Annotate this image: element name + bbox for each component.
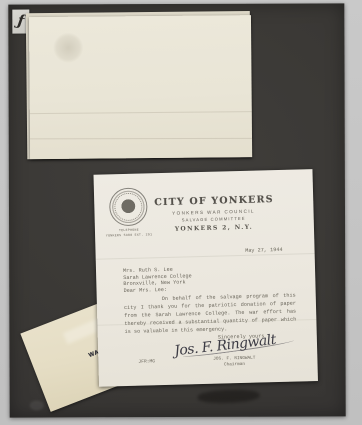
signer-block: JOS. F. RINGWALT Chairman [208, 355, 260, 368]
envelope-crease [30, 138, 252, 139]
blank-envelope [29, 15, 252, 159]
seal-caption: TELEPHONE YONKERS 5300 EXT. 291 [97, 227, 161, 238]
album-page: ƒ F —— YON WAR SALVA TELEPHONE YONKERS 5… [8, 3, 345, 417]
scanned-scrapbook-image: ƒ F —— YON WAR SALVA TELEPHONE YONKERS 5… [0, 0, 362, 425]
embossed-watermark [53, 33, 83, 63]
letterhead-subtitle2: SALVAGE COMMITTEE [155, 215, 273, 223]
city-seal-icon [109, 187, 148, 226]
seal-caption-line2: YONKERS 5300 EXT. 291 [97, 232, 161, 238]
letterhead-title: CITY OF YONKERS [154, 194, 272, 208]
letterhead-city-line: YONKERS 2, N.Y. [155, 223, 273, 233]
letter-date: May 27, 1944 [245, 247, 283, 254]
reference-initials: JFR:MG [138, 359, 155, 364]
dust-spot [30, 400, 44, 410]
tape-residue-mark [197, 389, 259, 404]
letter-fold-crease [96, 253, 315, 260]
recipient-address: Mrs. Ruth S. Lee Sarah Lawrence College … [123, 266, 192, 287]
salutation: Dear Mrs. Lee: [123, 287, 167, 294]
city-of-yonkers-letter: TELEPHONE YONKERS 5300 EXT. 291 CITY OF … [93, 169, 317, 387]
letter-body: On behalf of the salvage program of this… [124, 292, 297, 336]
letterhead: CITY OF YONKERS YONKERS WAR COUNCIL SALV… [154, 194, 273, 233]
envelope-crease [30, 111, 252, 114]
